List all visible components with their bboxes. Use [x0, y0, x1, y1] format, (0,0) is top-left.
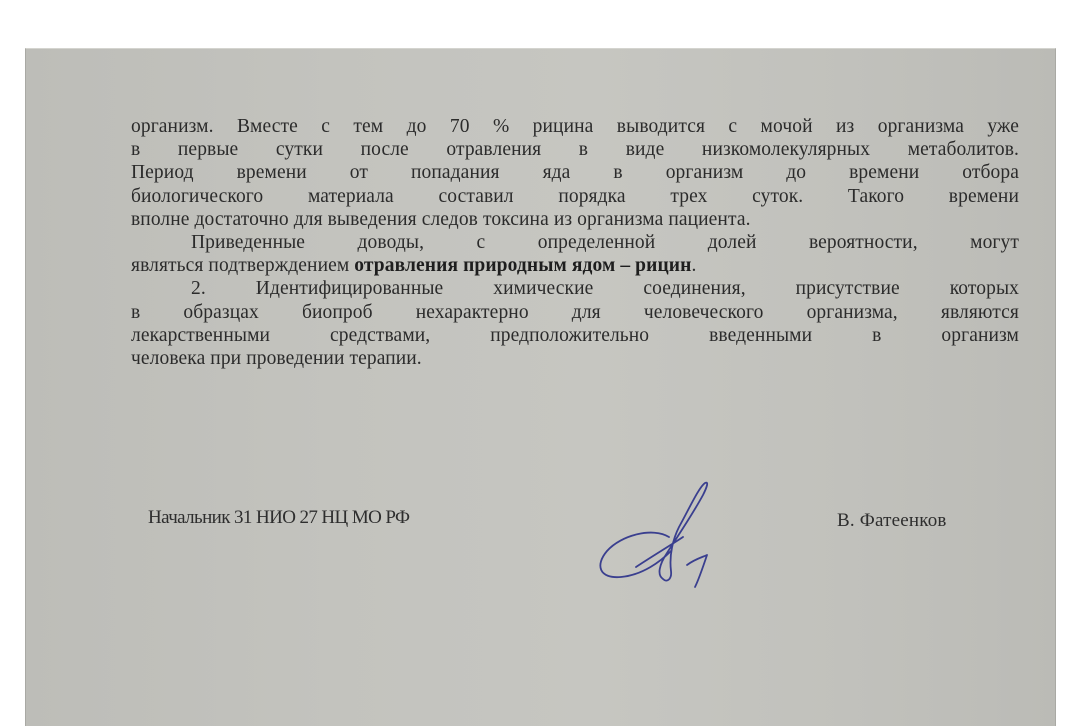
text-line: Приведенные доводы, с определенной долей…	[131, 231, 1019, 254]
text-line: являться подтверждением отравления приро…	[131, 254, 1019, 277]
paragraph-ricin-excretion: организм. Вместе с тем до 70 % рицина вы…	[131, 115, 1019, 231]
bold-conclusion: отравления природным ядом – рицин	[354, 255, 691, 276]
text-line: лекарственными средствами, предположител…	[131, 324, 1019, 347]
text-fragment: являться подтверждением	[131, 255, 354, 276]
text-line: человека при проведении терапии.	[131, 347, 1019, 370]
text-line: вполне достаточно для выведения следов т…	[131, 208, 1019, 231]
signer-name: В. Фатеенков	[837, 510, 947, 532]
text-fragment: .	[691, 255, 696, 276]
text-line: организм. Вместе с тем до 70 % рицина вы…	[131, 115, 1019, 138]
document-body: организм. Вместе с тем до 70 % рицина вы…	[131, 115, 1019, 370]
text-line: биологического материала составил порядк…	[131, 185, 1019, 208]
text-line: Период времени от попадания яда в органи…	[131, 161, 1019, 184]
paragraph-item-2: 2. Идентифицированные химические соедине…	[131, 277, 1019, 370]
paragraph-conclusion: Приведенные доводы, с определенной долей…	[131, 231, 1019, 277]
text-line: в образцах биопроб нехарактерно для чело…	[131, 301, 1019, 324]
text-line: 2. Идентифицированные химические соедине…	[131, 277, 1019, 300]
position-title: Начальник 31 НИО 27 НЦ МО РФ	[148, 507, 409, 529]
handwritten-signature-icon	[591, 479, 731, 599]
document-page: организм. Вместе с тем до 70 % рицина вы…	[25, 48, 1056, 725]
text-line: в первые сутки после отравления в виде н…	[131, 138, 1019, 161]
